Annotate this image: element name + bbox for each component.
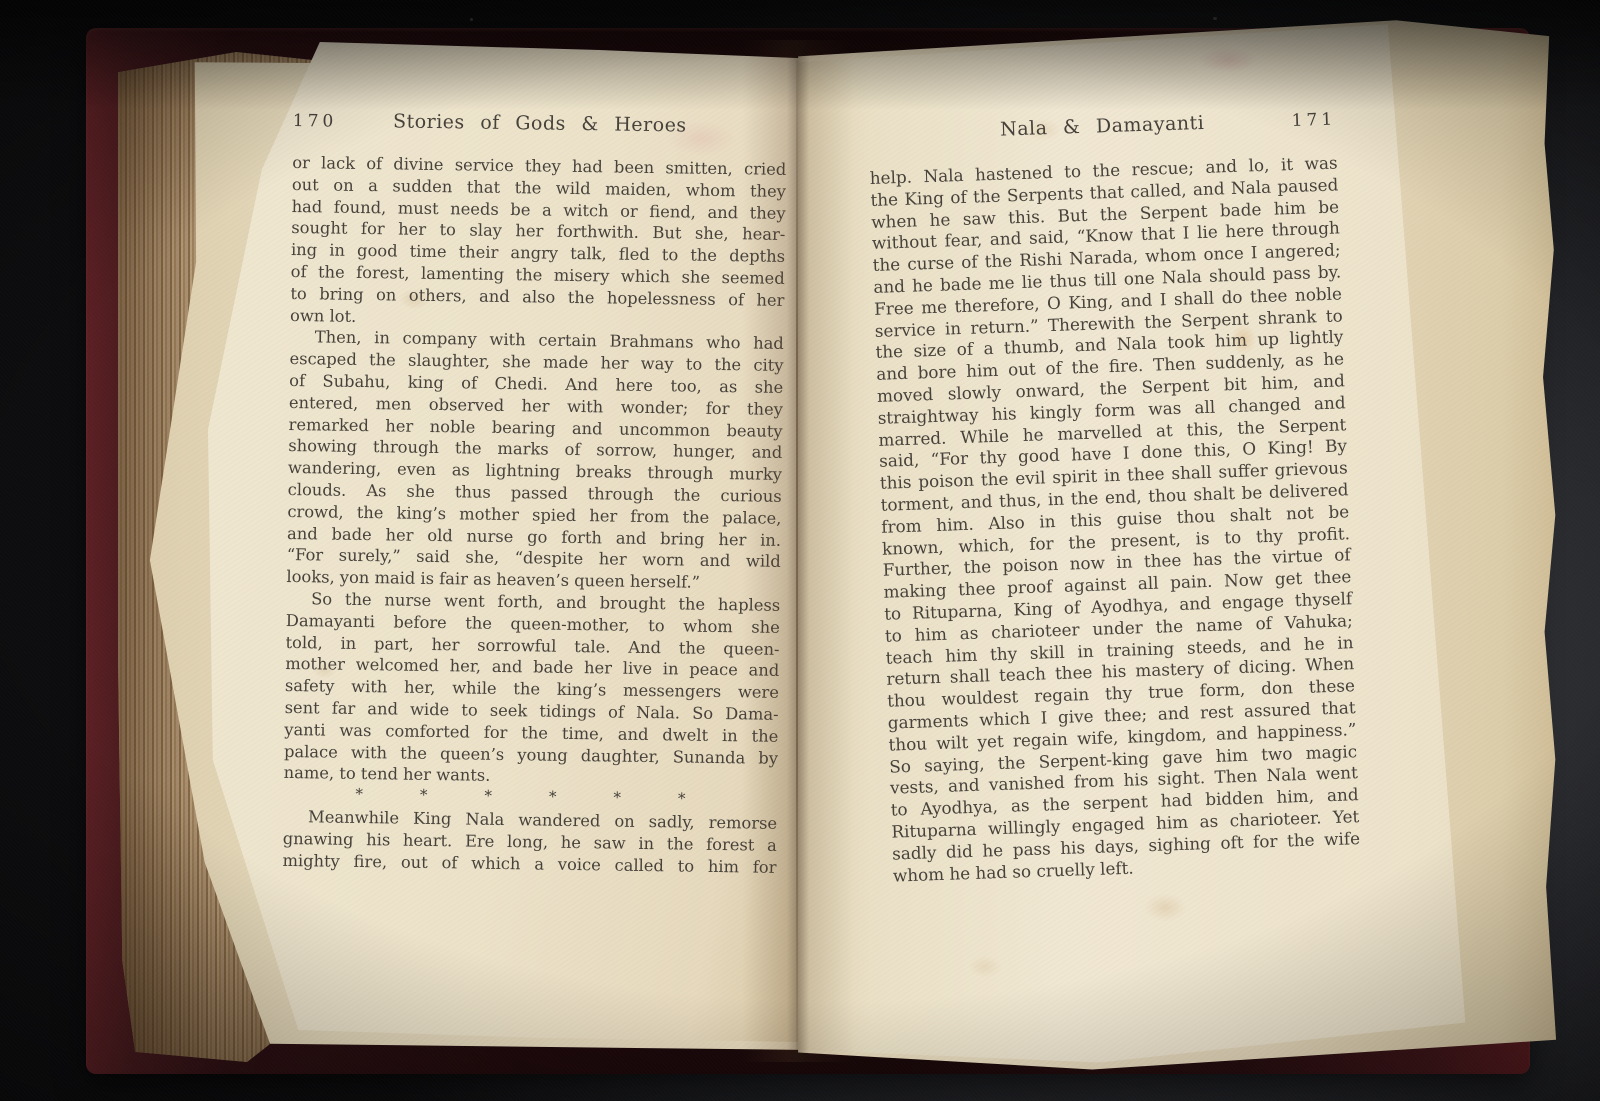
left-page-text: 170 Stories of Gods & Heroes or lack of …: [282, 110, 787, 878]
right-page-number: 171: [1291, 109, 1336, 132]
left-page-number: 170: [293, 111, 338, 133]
right-running-header: Nala & Damayanti: [1000, 113, 1205, 142]
asterisk: *: [355, 785, 363, 807]
asterisk: *: [613, 789, 621, 811]
open-book-photo: 170 Stories of Gods & Heroes or lack of …: [0, 0, 1600, 1101]
right-page-text: Nala & Damayanti 171 help. Nala hastened…: [868, 108, 1361, 886]
asterisk: *: [549, 788, 557, 810]
right-page-body: help. Nala hastened to the rescue; and l…: [869, 152, 1361, 886]
left-page-body: or lack of divine service they had been …: [282, 152, 786, 878]
asterisk: *: [678, 790, 686, 812]
asterisk: *: [484, 787, 492, 809]
left-running-header: Stories of Gods & Heroes: [393, 111, 687, 137]
left-page-header: 170 Stories of Gods & Heroes: [292, 110, 787, 159]
asterisk: *: [420, 786, 428, 808]
